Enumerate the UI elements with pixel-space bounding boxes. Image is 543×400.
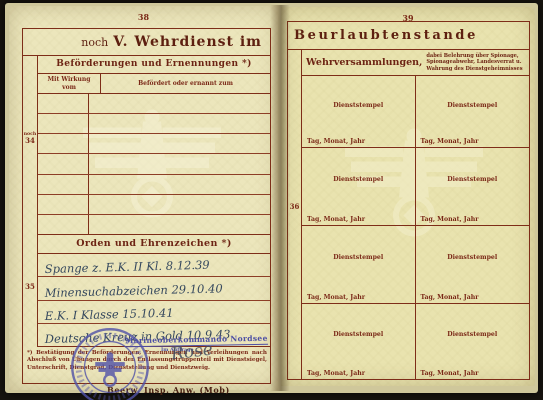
- table-row: [38, 154, 270, 174]
- handwritten-entry: Spange z. E.K. II Kl. 8.12.39: [45, 258, 210, 276]
- margin-label-34: noch 34: [23, 132, 37, 145]
- col-header-date: Mit Wirkung vom: [38, 74, 101, 93]
- right-page-body: 36 Wehrversammlungen, dabei Belehrung üb…: [288, 50, 529, 379]
- table-row: [38, 114, 270, 134]
- date-label: Tag, Monat, Jahr: [307, 370, 365, 377]
- left-margin-column: noch 34 35: [23, 56, 38, 347]
- date-label: Tag, Monat, Jahr: [421, 138, 479, 145]
- dienststempel-label: Dienststempel: [416, 102, 530, 109]
- right-page-frame: Beurlaubtenstande 36 Wehrversammlungen, …: [287, 21, 530, 380]
- order-entry-row: Spange z. E.K. II Kl. 8.12.39: [38, 254, 270, 277]
- stamp-grid: Dienststempel Tag, Monat, Jahr Dienstste…: [302, 76, 529, 379]
- date-cell: [38, 175, 89, 194]
- date-label: Tag, Monat, Jahr: [421, 370, 479, 377]
- date-cell: [38, 154, 89, 173]
- date-cell: [38, 215, 89, 234]
- promotions-table-header: Mit Wirkung vom Befördert oder ernannt z…: [38, 74, 270, 94]
- section-v-wehrdienst-title: V. Wehrdienst im: [113, 34, 262, 50]
- stamp-cell: Dienststempel Tag, Monat, Jahr: [302, 148, 416, 226]
- left-page-header: noch V. Wehrdienst im: [23, 29, 270, 56]
- stamp-cell: Dienststempel Tag, Monat, Jahr: [302, 76, 416, 148]
- right-main-column: Wehrversammlungen, dabei Belehrung über …: [302, 50, 529, 379]
- wehrpass-photo: 38 noch V. Wehrdienst im noch 34 35 Befö…: [0, 0, 543, 400]
- round-eagle-stamp-icon: [69, 326, 151, 400]
- table-row: [38, 94, 270, 114]
- left-main-column: Beförderungen und Ernennungen *) Mit Wir…: [38, 56, 270, 347]
- dienststempel-label: Dienststempel: [302, 102, 415, 109]
- stamp-cell: Dienststempel Tag, Monat, Jahr: [416, 304, 530, 379]
- order-entry-row: Minensuchabzeichen 29.10.40: [38, 277, 270, 300]
- date-label: Tag, Monat, Jahr: [421, 294, 479, 301]
- left-page-body: noch 34 35 Beförderungen und Ernennungen…: [23, 56, 270, 347]
- dienststempel-label: Dienststempel: [416, 331, 530, 338]
- wehrversammlungen-title: Wehrversammlungen,: [306, 57, 422, 68]
- date-cell: [38, 114, 89, 133]
- date-label: Tag, Monat, Jahr: [307, 294, 365, 301]
- stamp-cell: Dienststempel Tag, Monat, Jahr: [302, 304, 416, 379]
- book-gutter: [270, 5, 290, 391]
- left-page-number: 38: [9, 12, 278, 22]
- dienststempel-label: Dienststempel: [302, 176, 415, 183]
- date-cell: [38, 94, 89, 113]
- header-prefix: noch: [81, 36, 108, 49]
- table-row: [38, 215, 270, 235]
- table-row: [38, 195, 270, 215]
- order-entry-row: E.K. I Klasse 15.10.41: [38, 301, 270, 324]
- dienststempel-label: Dienststempel: [302, 254, 415, 261]
- stamp-cell: Dienststempel Tag, Monat, Jahr: [416, 226, 530, 304]
- right-page: 39 Beurlaubtenstande 36 Wehrversammlunge…: [281, 7, 535, 386]
- right-margin-column: 36: [288, 50, 302, 379]
- col-header-event: Befördert oder ernannt zum: [101, 74, 270, 93]
- orders-section-title: Orden und Ehrenzeichen *): [38, 235, 270, 254]
- handwritten-entry: Minensuchabzeichen 29.10.40: [45, 281, 223, 300]
- stamp-cell: Dienststempel Tag, Monat, Jahr: [416, 148, 530, 226]
- date-label: Tag, Monat, Jahr: [307, 216, 365, 223]
- promotions-table-rows: [38, 94, 270, 235]
- date-cell: [38, 134, 89, 153]
- wehrversammlungen-header: Wehrversammlungen, dabei Belehrung über …: [302, 50, 529, 76]
- handwritten-entry: E.K. I Klasse 15.10.41: [45, 305, 174, 322]
- promotions-section-title: Beförderungen und Ernennungen *): [38, 56, 270, 74]
- dienststempel-label: Dienststempel: [302, 331, 415, 338]
- stamp-cell: Dienststempel Tag, Monat, Jahr: [416, 76, 530, 148]
- table-row: [38, 134, 270, 154]
- left-page: 38 noch V. Wehrdienst im noch 34 35 Befö…: [9, 6, 278, 390]
- date-cell: [38, 195, 89, 214]
- date-label: Tag, Monat, Jahr: [307, 138, 365, 145]
- table-row: [38, 175, 270, 195]
- margin-label-35: 35: [23, 282, 37, 291]
- dienststempel-label: Dienststempel: [416, 254, 530, 261]
- stamp-cell: Dienststempel Tag, Monat, Jahr: [302, 226, 416, 304]
- date-label: Tag, Monat, Jahr: [421, 216, 479, 223]
- dienststempel-label: Dienststempel: [416, 176, 530, 183]
- wehrversammlungen-subtitle: dabei Belehrung über Spionage, Spionagea…: [426, 53, 525, 73]
- beurlaubtenstande-title: Beurlaubtenstande: [288, 22, 529, 50]
